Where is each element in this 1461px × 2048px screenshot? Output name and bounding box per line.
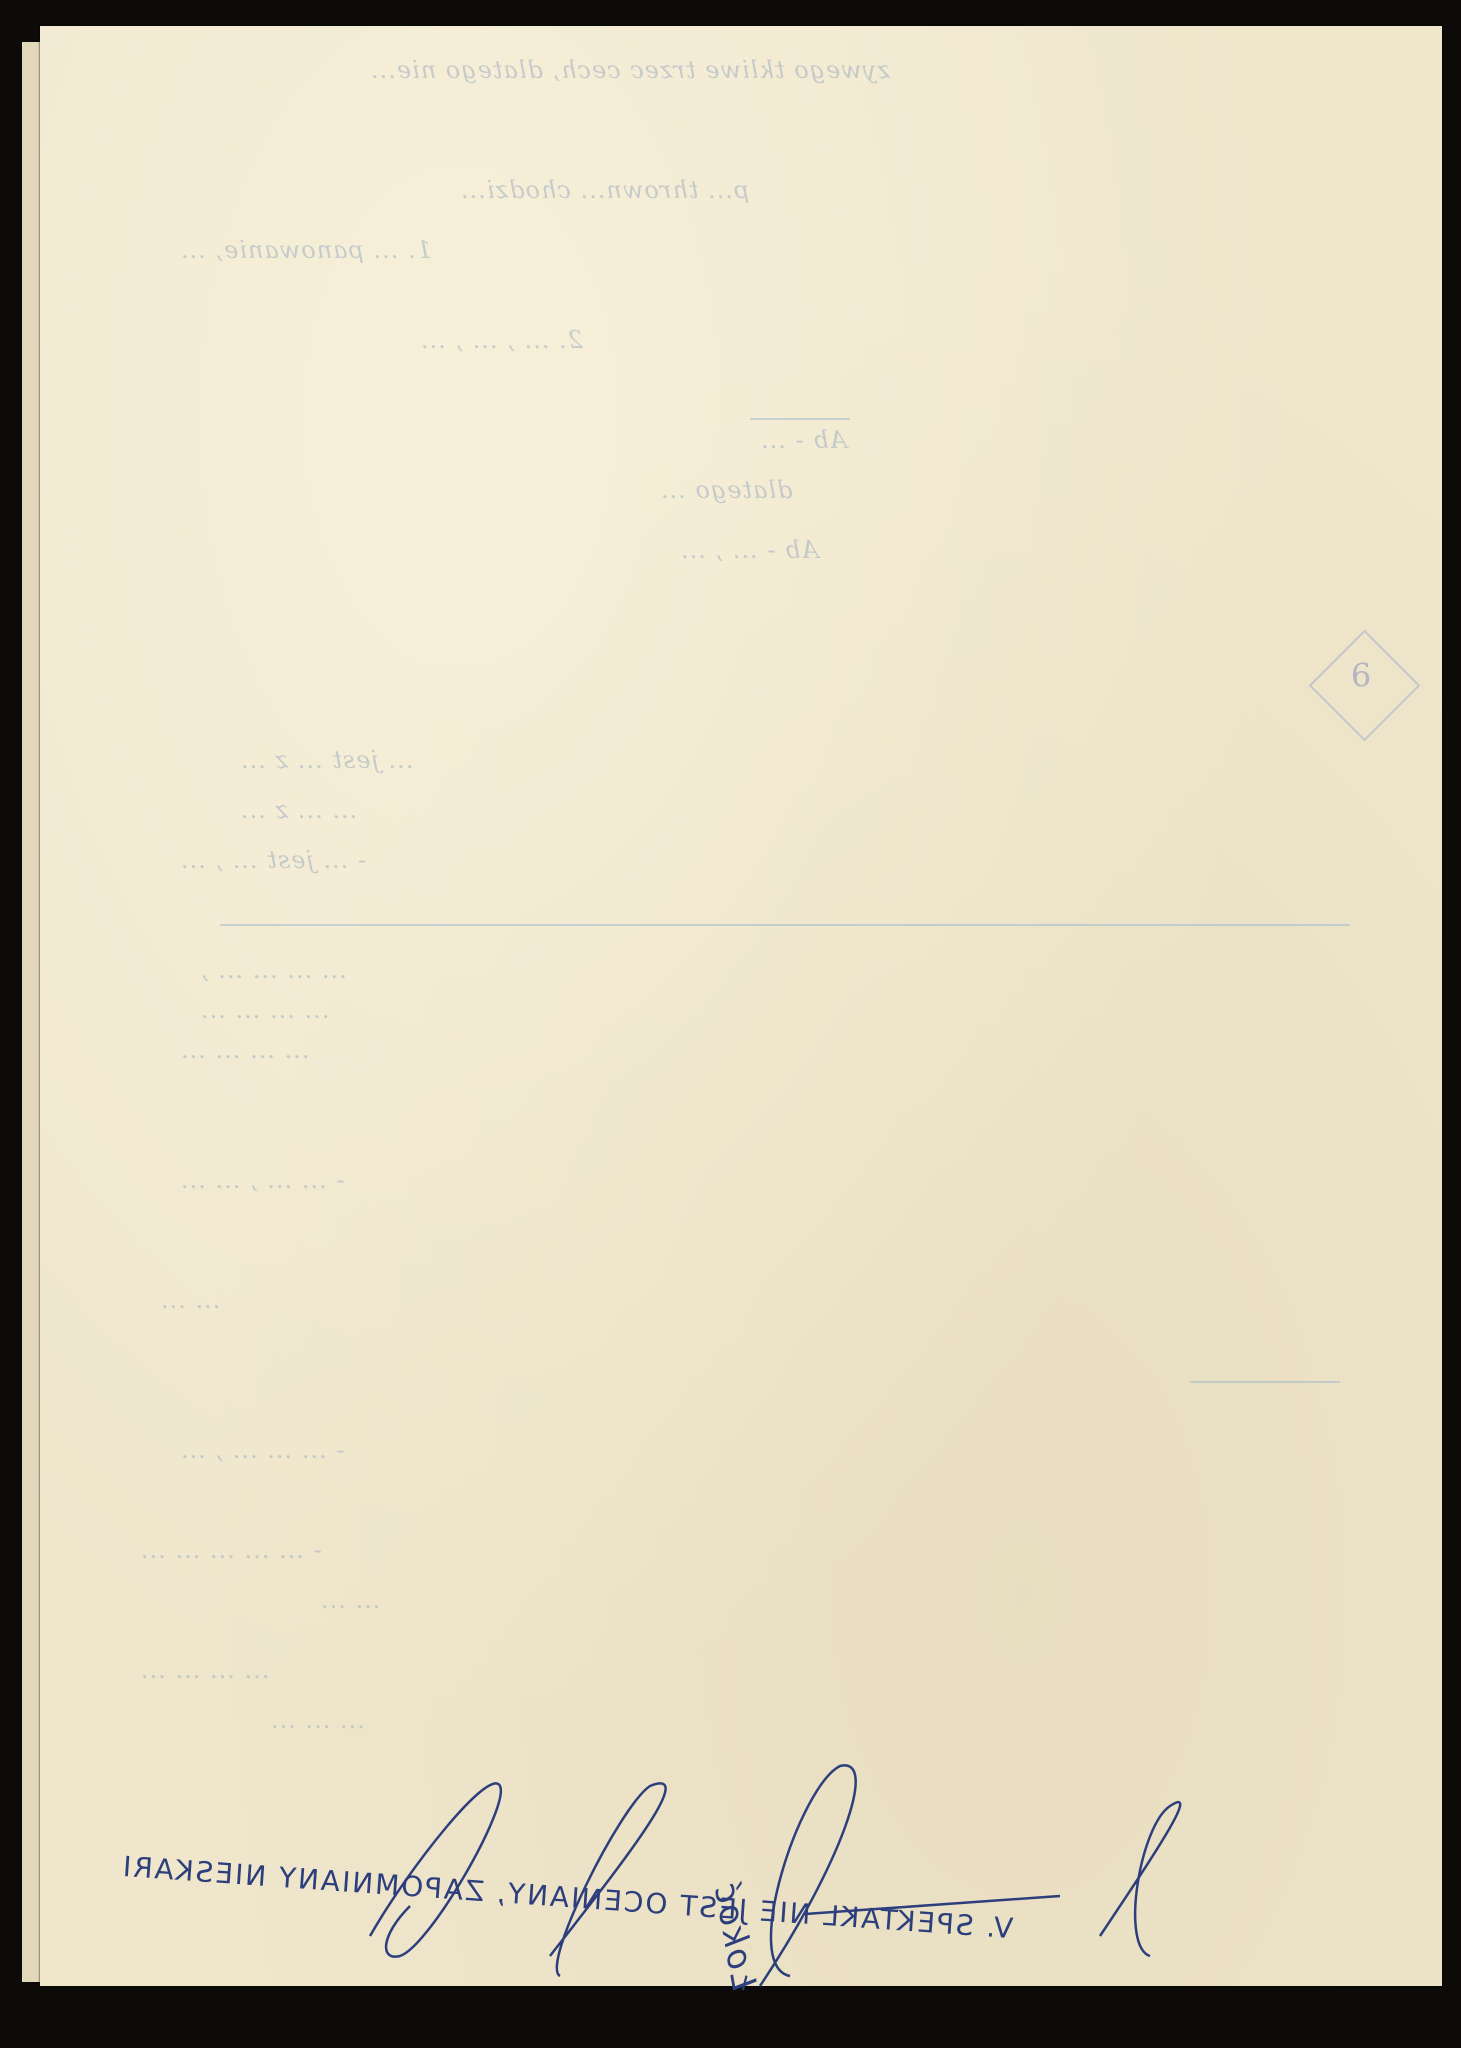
bleed-line: ... ... ... ... [140,1656,269,1684]
bleed-line: ... ... ... ... [180,1036,309,1064]
bleed-line: ... ... ... ... , [200,956,347,984]
signature-loops [320,1746,1270,2006]
bleed-line: ... ... ... ... [200,996,329,1024]
bleed-line: Ab - ... [760,426,847,454]
bleed-line: zywego tkliwe trzec cech, dlatego nie... [370,56,890,84]
bleed-line: ... ... ... [270,1706,365,1734]
divider [750,418,850,420]
document-page: zywego tkliwe trzec cech, dlatego nie...… [40,26,1442,1986]
divider [1190,1381,1340,1383]
page-number: 6 [1351,657,1371,695]
bleed-line: - ... ... ... ... ... [140,1536,322,1564]
bleed-line: 1. ... panowanie, ... [180,236,432,264]
bleed-line: - ... ... , ... ... [180,1166,344,1194]
bleed-line: Ab - ... , ... [680,536,819,564]
bleed-line: - ... jest ... , ... [180,846,366,874]
bleed-line: p... thrown... chodzi... [460,176,749,204]
divider [220,924,1350,926]
paper-back-edge [22,42,42,1982]
bleed-line: dlatego ... [660,476,793,504]
bleed-line: - ... ... ... , ... [180,1436,344,1464]
bleed-line: 2. ... , ... , ... [420,326,583,354]
bleed-line: ... jest ... z ... [240,746,413,774]
page-number-stamp: 6 [1309,630,1421,742]
bleed-line: ... ... z ... [240,796,357,824]
bleed-line: ... ... [320,1586,380,1614]
bleed-line: ... ... [160,1286,220,1314]
